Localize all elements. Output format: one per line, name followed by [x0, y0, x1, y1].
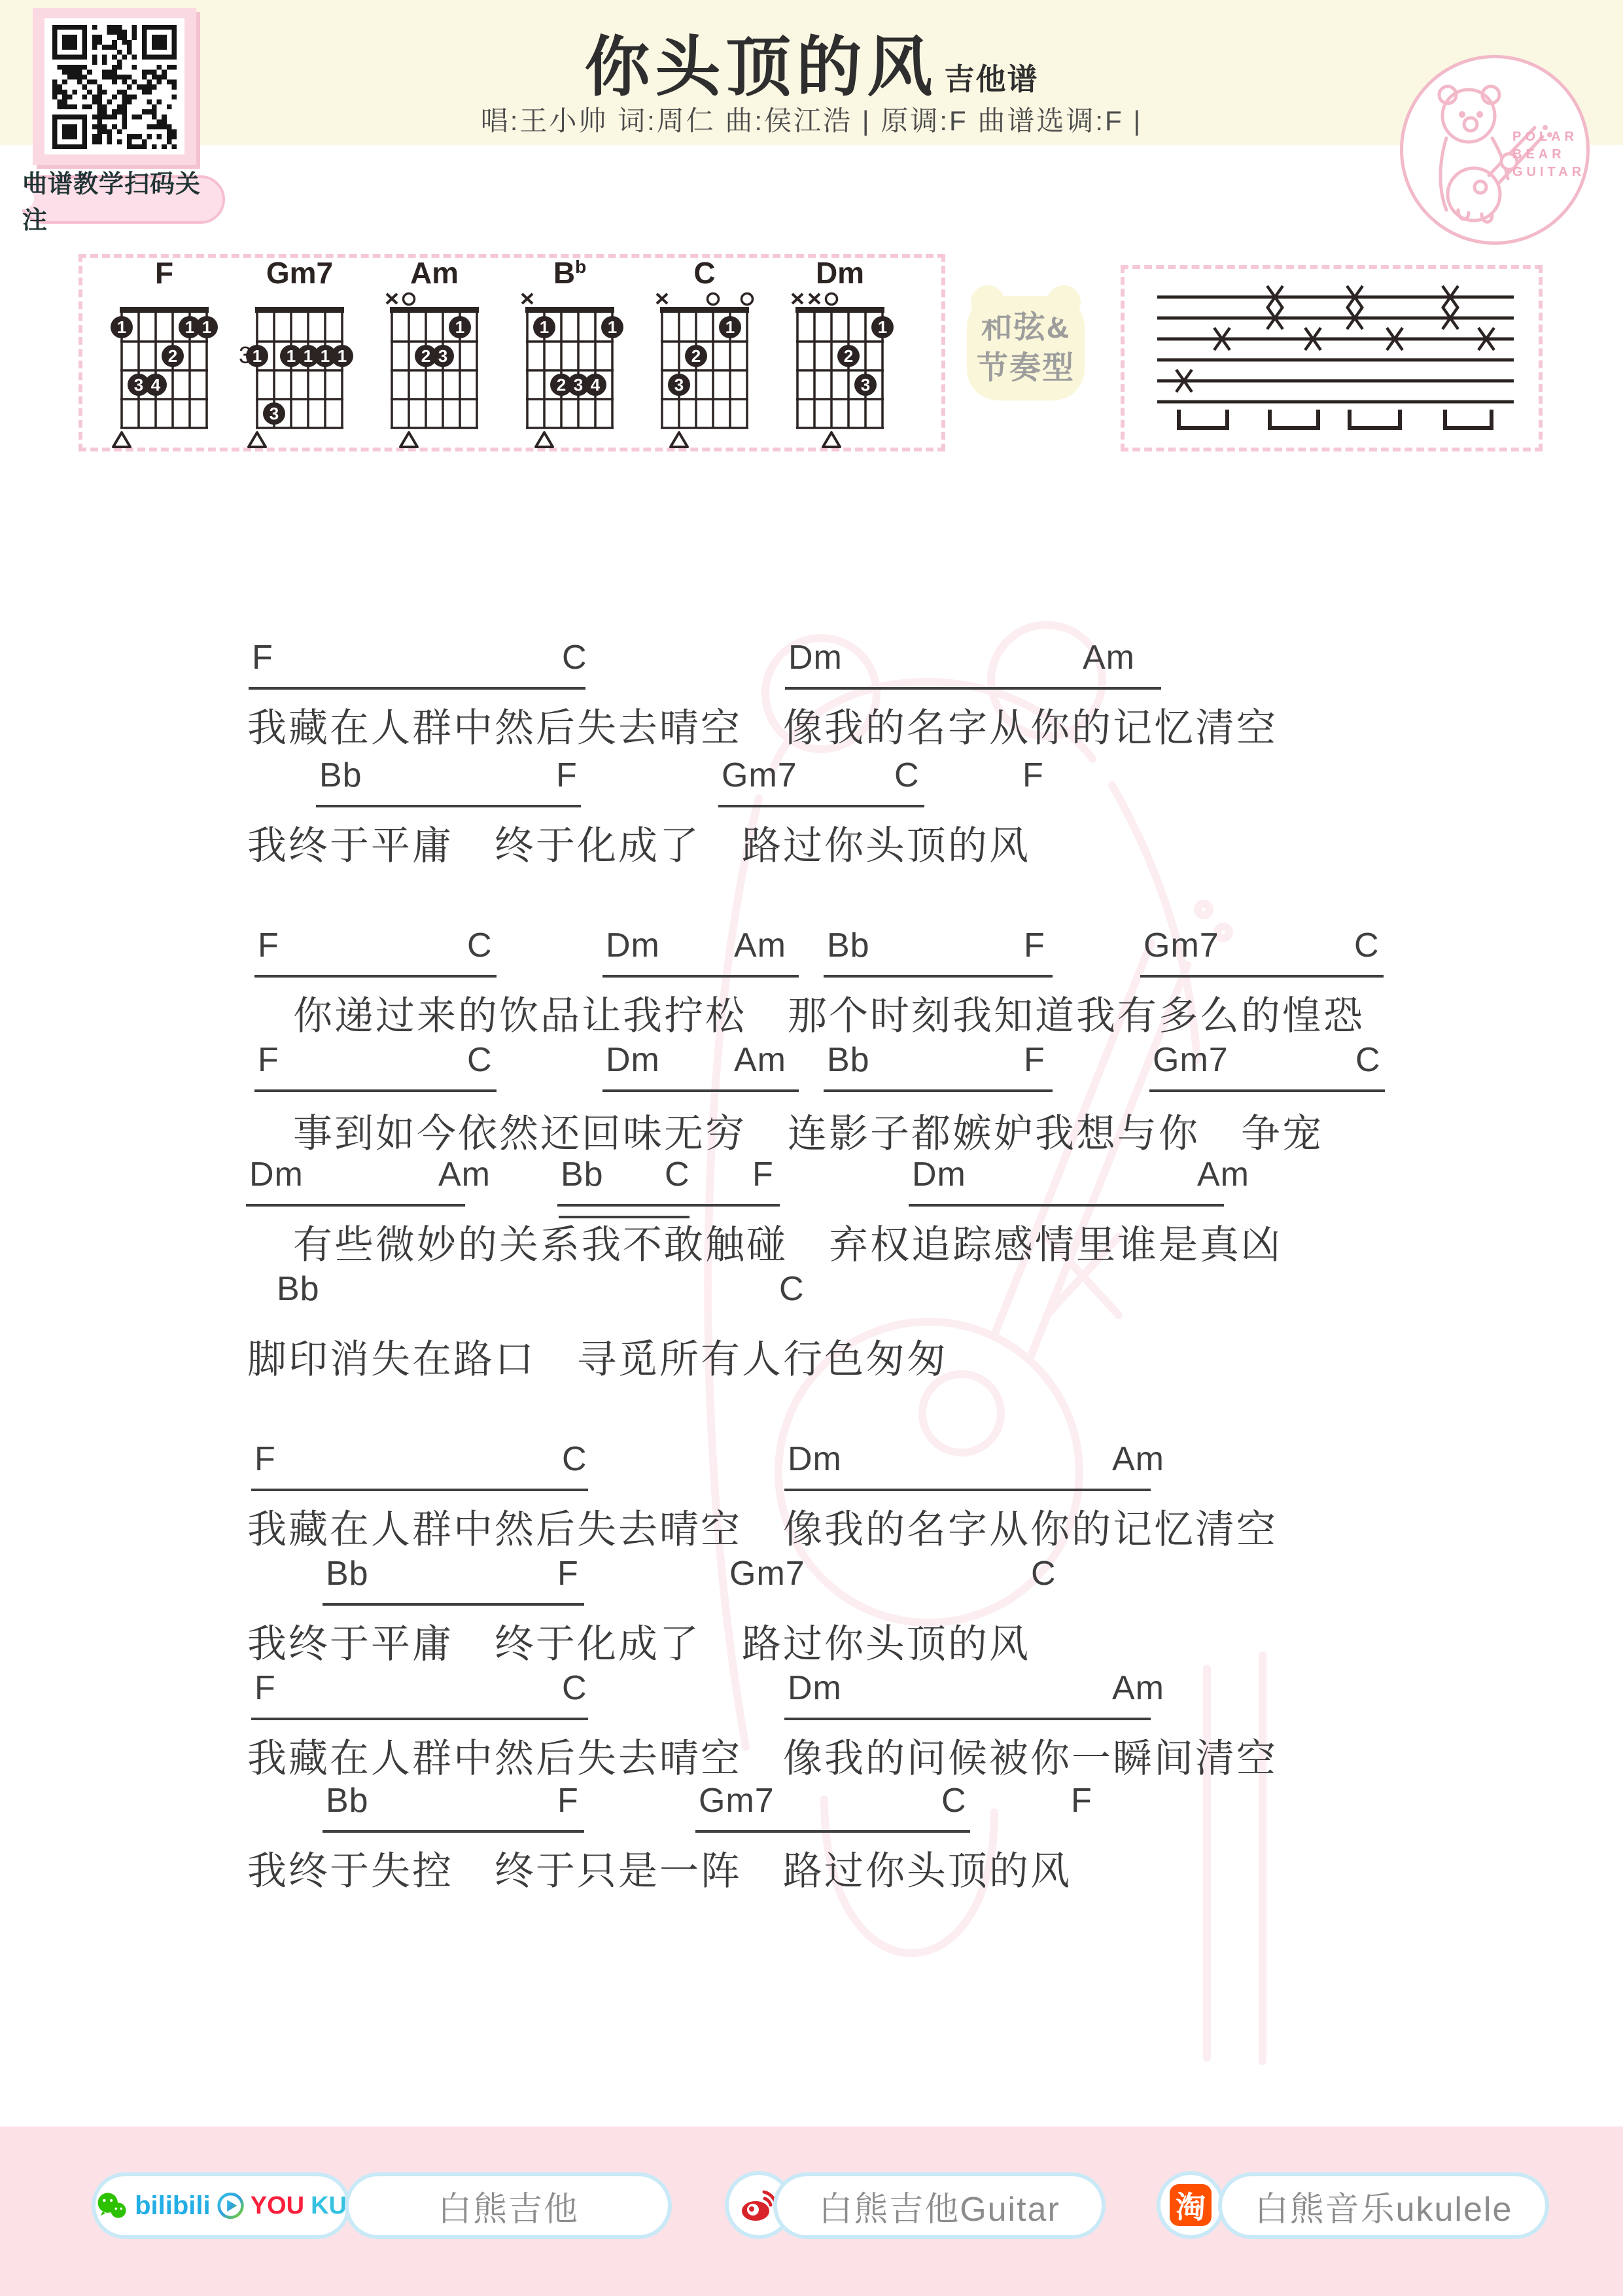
lyric-line: 我藏在人群中然后失去晴空 像我的名字从你的记忆清空	[247, 1498, 1278, 1555]
chord-underline	[251, 1718, 588, 1720]
chord-label: Dm	[788, 1439, 842, 1479]
chord-underline	[824, 975, 1053, 978]
chord-underline	[323, 1830, 584, 1833]
chord-label: Bb	[319, 756, 362, 795]
chord-label: F	[258, 1040, 279, 1080]
score-area: FCDmAm我藏在人群中然后失去晴空 像我的名字从你的记忆清空BbFGm7CF我…	[0, 0, 1623, 2296]
bilibili-handle-pill[interactable]: 白熊吉他	[345, 2172, 672, 2239]
wechat-icon	[96, 2190, 128, 2221]
chord-label: Gm7	[699, 1781, 775, 1820]
chord-underline	[784, 1718, 1151, 1720]
chord-label: Am	[1083, 638, 1135, 677]
chord-label: F	[557, 1781, 579, 1820]
chord-underline	[1149, 1089, 1385, 1092]
taobao-handle-pill[interactable]: 白熊音乐ukulele	[1218, 2172, 1549, 2239]
chord-label: C	[467, 926, 493, 965]
bilibili-logo: bilibili	[135, 2191, 211, 2221]
taobao-handle: 白熊音乐ukulele	[1255, 2181, 1513, 2231]
weibo-handle-pill[interactable]: 白熊吉他Guitar	[773, 2172, 1106, 2239]
chord-label: Bb	[561, 1155, 604, 1194]
chord-label: Dm	[912, 1155, 966, 1194]
chord-underline	[254, 975, 497, 978]
lyric-line: 我终于平庸 终于化成了 路过你头顶的风	[247, 1613, 1030, 1669]
lyric-line: 我藏在人群中然后失去晴空 像我的问候被你一瞬间清空	[247, 1727, 1278, 1784]
chord-underline	[909, 1204, 1224, 1207]
taobao-glyph: 淘	[1170, 2184, 1212, 2226]
chord-label: C	[665, 1155, 690, 1194]
chord-label: Gm7	[1143, 926, 1219, 965]
chord-label: Am	[734, 926, 786, 965]
chord-label: F	[557, 1554, 579, 1593]
video-channels-pill[interactable]: bilibili YOUKU	[92, 2172, 351, 2239]
lyric-line: 我终于失控 终于只是一阵 路过你头顶的风	[247, 1840, 1072, 1896]
chord-label: C	[562, 1439, 587, 1479]
chord-label: F	[258, 926, 279, 965]
chord-label: Gm7	[1153, 1040, 1229, 1080]
chord-label: F	[1071, 1781, 1092, 1820]
chord-label: C	[562, 638, 587, 677]
lyric-line: 事到如今依然还回味无穷 连影子都嫉妒我想与你 争宠	[293, 1103, 1323, 1159]
chord-label: F	[752, 1155, 774, 1194]
chord-label: Am	[1112, 1669, 1164, 1708]
chord-label: C	[779, 1269, 805, 1309]
chord-label: F	[254, 1439, 276, 1479]
chord-label: C	[894, 756, 920, 795]
chord-label: Gm7	[722, 756, 797, 795]
chord-underline	[718, 805, 924, 807]
chord-underline	[785, 687, 1161, 690]
chord-underline	[695, 1830, 970, 1833]
chord-underline	[602, 1089, 799, 1092]
chord-label: F	[1024, 926, 1045, 965]
chord-label: C	[1354, 926, 1380, 965]
chord-label: F	[252, 638, 273, 677]
youku-play-icon	[217, 2191, 244, 2221]
chord-label: C	[562, 1669, 587, 1708]
youku-logo: YOU	[251, 2192, 304, 2220]
chord-label: Bb	[326, 1554, 369, 1593]
chord-label: Dm	[606, 926, 660, 965]
chord-label: C	[941, 1781, 967, 1820]
chord-underline	[254, 1089, 497, 1092]
chord-label: Dm	[606, 1040, 660, 1080]
lyric-line: 我藏在人群中然后失去晴空 像我的名字从你的记忆清空	[247, 697, 1278, 753]
chord-underline	[1140, 975, 1384, 978]
chord-underline	[784, 1489, 1151, 1491]
chord-label: F	[254, 1669, 276, 1708]
chord-label: Bb	[277, 1269, 320, 1309]
chord-underline	[602, 975, 799, 978]
chord-label: Am	[1112, 1439, 1164, 1479]
chord-underline	[249, 687, 585, 690]
bilibili-handle: 白熊吉他	[438, 2181, 579, 2231]
lyric-line: 我终于平庸 终于化成了 路过你头顶的风	[247, 815, 1030, 871]
youku-logo-2: KU	[311, 2192, 347, 2220]
chord-label: Dm	[249, 1155, 304, 1194]
chord-label: Dm	[788, 1669, 842, 1708]
chord-label: F	[556, 756, 578, 795]
chord-label: C	[1355, 1040, 1381, 1080]
chord-underline	[824, 1089, 1053, 1092]
chord-label: C	[1031, 1554, 1056, 1593]
chord-underline	[557, 1204, 780, 1207]
lyric-line: 脚印消失在路口 寻觅所有人行色匆匆	[247, 1328, 948, 1385]
weibo-handle: 白熊吉他Guitar	[818, 2181, 1060, 2231]
chord-label: Bb	[326, 1781, 369, 1820]
chord-underline	[246, 1204, 465, 1207]
lyric-line: 你递过来的饮品让我拧松 那个时刻我知道我有多么的惶恐	[293, 985, 1365, 1041]
chord-label: Bb	[827, 1040, 870, 1080]
chord-label: C	[467, 1040, 493, 1080]
chord-label: Am	[1197, 1155, 1249, 1194]
chord-label: F	[1022, 756, 1044, 795]
chord-underline	[316, 805, 581, 807]
taobao-icon[interactable]: 淘	[1157, 2171, 1225, 2239]
chord-underline	[251, 1489, 588, 1491]
lyric-line: 有些微妙的关系我不敢触碰 弃权追踪感情里谁是真凶	[293, 1214, 1282, 1270]
chord-label: Dm	[788, 638, 843, 677]
chord-label: Am	[734, 1040, 786, 1080]
chord-label: F	[1024, 1040, 1045, 1080]
chord-underline	[323, 1603, 584, 1606]
chord-label: Am	[438, 1155, 491, 1194]
chord-label: Gm7	[729, 1554, 805, 1593]
chord-label: Bb	[827, 926, 870, 965]
